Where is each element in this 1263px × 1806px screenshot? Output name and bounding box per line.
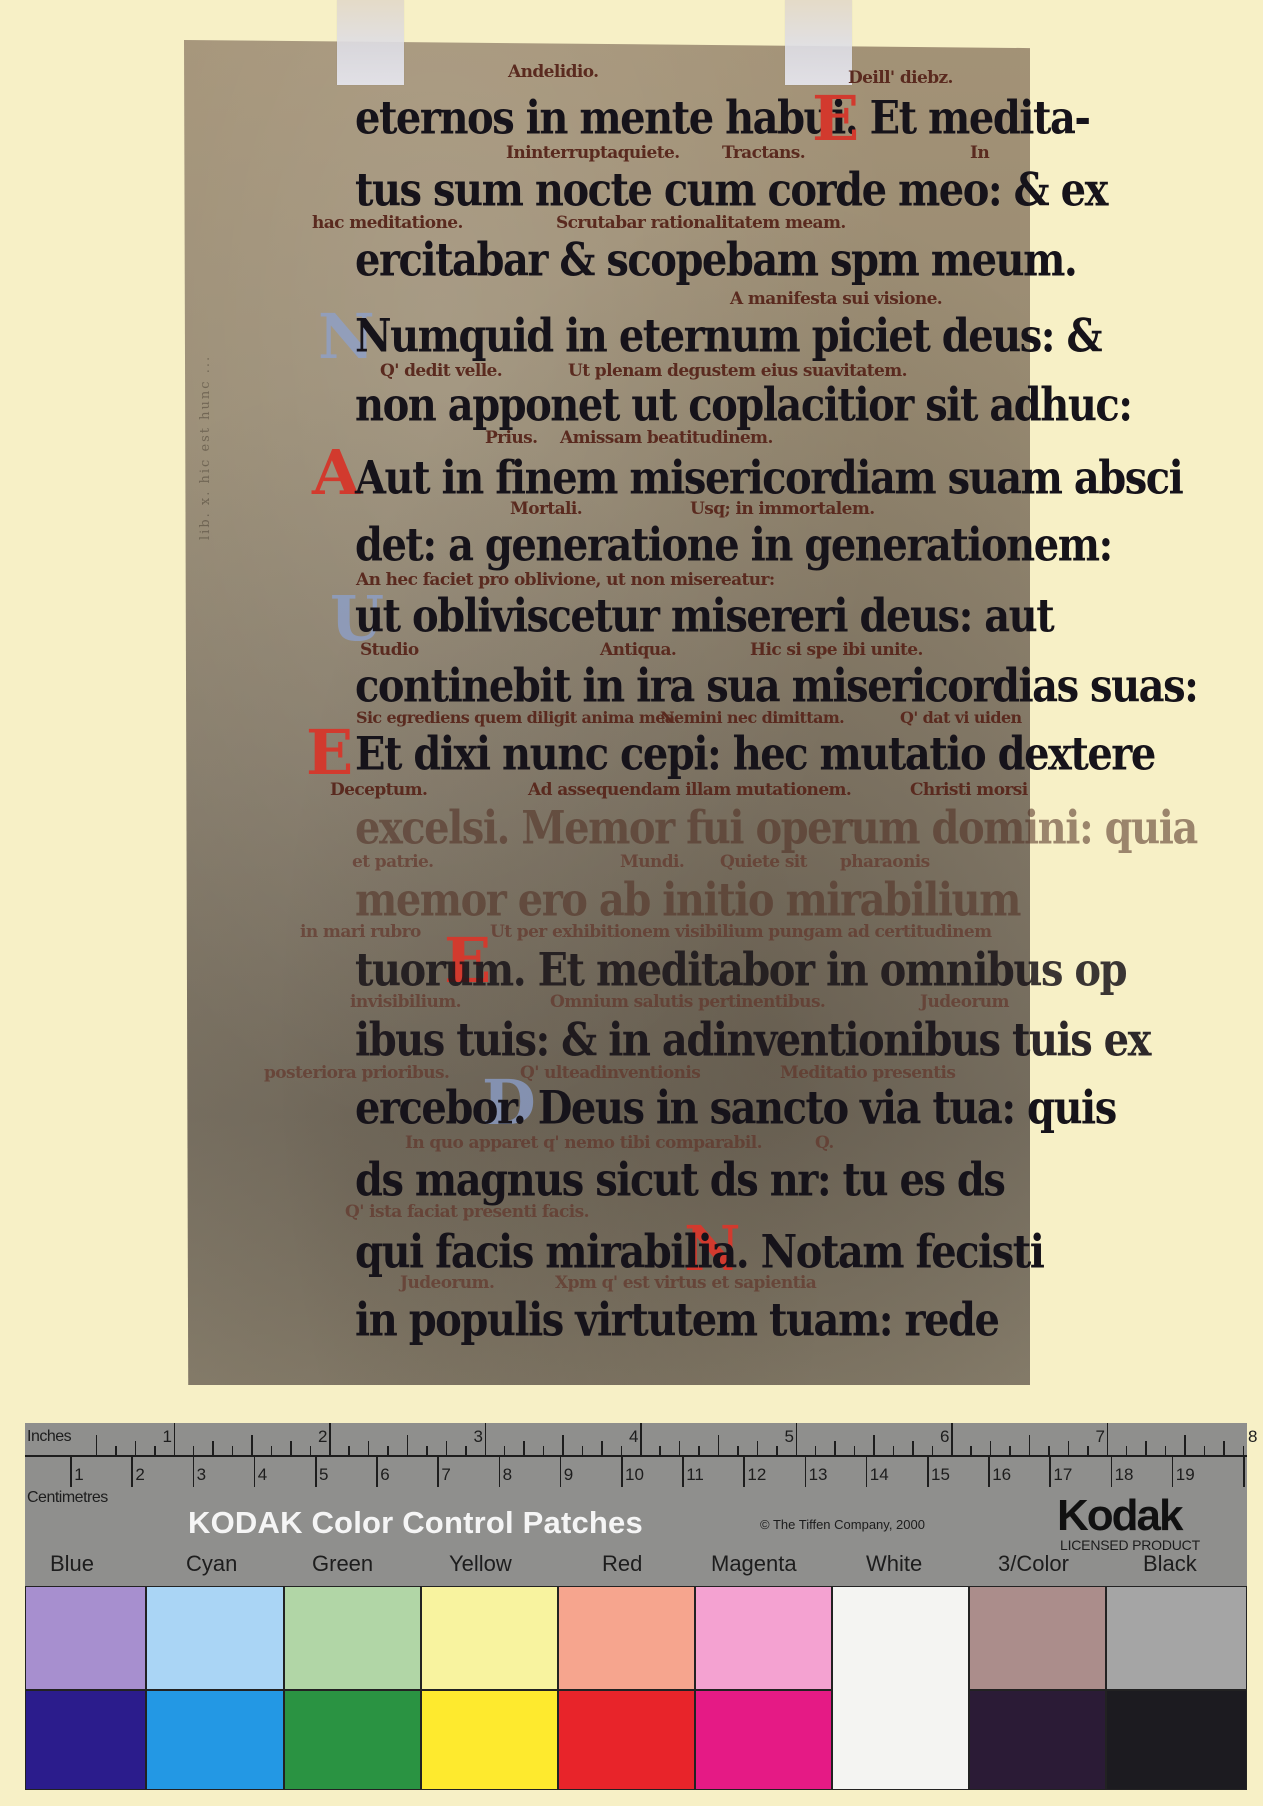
cm-tick xyxy=(254,1457,256,1487)
patch-3-color-light xyxy=(969,1586,1106,1690)
gloss: Judeorum. xyxy=(400,1273,494,1293)
cm-tick xyxy=(131,1457,133,1487)
text-line: Numquid in eternum piciet deus: & xyxy=(355,309,1101,363)
gloss: invisibilium. xyxy=(350,992,461,1012)
inch-tick xyxy=(115,1446,117,1455)
inch-tick xyxy=(679,1441,681,1455)
patch-black-light xyxy=(1106,1586,1247,1690)
inch-tick xyxy=(329,1423,331,1455)
cm-tick xyxy=(70,1457,72,1487)
gloss: Mortali. xyxy=(510,499,582,519)
patch-label-black: Black xyxy=(1143,1551,1197,1577)
inch-tick xyxy=(854,1446,856,1455)
text-line: non apponet ut coplacitior sit adhuc: xyxy=(355,378,1132,432)
cm-mark-label: 10 xyxy=(625,1465,644,1485)
patch-yellow-dark xyxy=(421,1690,558,1790)
cm-mark-label: 3 xyxy=(197,1465,206,1485)
text-line: det: a generatione in generationem: xyxy=(355,518,1112,572)
patch-label-white: White xyxy=(866,1551,922,1577)
inch-tick xyxy=(387,1446,389,1455)
inch-tick xyxy=(1068,1441,1070,1455)
inch-tick xyxy=(1165,1446,1167,1455)
cm-tick xyxy=(499,1457,501,1487)
gloss: Studio xyxy=(360,640,419,660)
inch-mark-label: 1 xyxy=(163,1427,172,1447)
inch-tick xyxy=(582,1446,584,1455)
inch-tick xyxy=(1087,1446,1089,1455)
gloss: pharaonis xyxy=(840,852,930,872)
inch-tick xyxy=(562,1435,564,1455)
inch-tick xyxy=(523,1441,525,1455)
gloss: Andelidio. xyxy=(508,62,598,82)
cm-mark-label: 18 xyxy=(1115,1465,1134,1485)
manuscript-text: Andelidio. Deill' diebz. eternos in ment… xyxy=(0,0,1263,1400)
inch-tick xyxy=(893,1446,895,1455)
centimetres-label: Centimetres xyxy=(27,1489,108,1507)
cm-mark-label: 4 xyxy=(258,1465,267,1485)
cm-mark-label: 9 xyxy=(564,1465,573,1485)
color-patches xyxy=(25,1586,1247,1790)
patch-black-dark xyxy=(1106,1690,1247,1790)
inch-tick xyxy=(232,1446,234,1455)
cm-mark-label: 15 xyxy=(931,1465,950,1485)
inch-tick xyxy=(601,1441,603,1455)
inch-tick xyxy=(271,1446,273,1455)
gloss: In quo apparet q' nemo tibi comparabil. xyxy=(405,1133,762,1153)
inch-tick xyxy=(873,1435,875,1455)
patch-label-magenta: Magenta xyxy=(711,1551,797,1577)
gloss: Scrutabar rationalitatem meam. xyxy=(556,213,846,233)
patch-blue-dark xyxy=(25,1690,146,1790)
cm-tick xyxy=(1172,1457,1174,1487)
inch-tick xyxy=(465,1446,467,1455)
inch-tick xyxy=(154,1446,156,1455)
inch-tick xyxy=(757,1441,759,1455)
inch-tick xyxy=(621,1446,623,1455)
text-line: ibus tuis: & in adinventionibus tuis ex xyxy=(355,1013,1150,1067)
cm-mark-label: 7 xyxy=(441,1465,450,1485)
gloss: Judeorum xyxy=(920,992,1009,1012)
inch-mark-label: 2 xyxy=(318,1427,327,1447)
gloss: Sic egrediens quem diligit anima mea. xyxy=(356,708,680,727)
inch-tick xyxy=(290,1441,292,1455)
inch-tick xyxy=(1243,1446,1245,1455)
inch-tick xyxy=(932,1446,934,1455)
inch-tick xyxy=(1029,1435,1031,1455)
cm-mark-label: 16 xyxy=(992,1465,1011,1485)
gloss: Ad assequendam illam mutationem. xyxy=(528,780,851,800)
gloss: Christi morsi xyxy=(910,780,1028,800)
gloss: Mundi. xyxy=(620,852,684,872)
inch-tick xyxy=(407,1435,409,1455)
cm-mark-label: 14 xyxy=(870,1465,889,1485)
cm-mark-label: 12 xyxy=(747,1465,766,1485)
inch-tick xyxy=(1184,1435,1186,1455)
inch-tick xyxy=(737,1446,739,1455)
cm-mark-label: 5 xyxy=(319,1465,328,1485)
cm-tick xyxy=(1243,1457,1245,1487)
inch-tick xyxy=(310,1446,312,1455)
gloss: in mari rubro xyxy=(300,922,421,942)
gloss: Quiete sit xyxy=(720,852,807,872)
inch-tick xyxy=(96,1435,98,1455)
cm-tick xyxy=(743,1457,745,1487)
text-line: Aut in finem misericordiam suam absci xyxy=(355,451,1182,505)
cm-mark-label: 13 xyxy=(809,1465,828,1485)
cm-mark-label: 11 xyxy=(686,1465,704,1485)
inch-tick xyxy=(718,1435,720,1455)
patch-green-light xyxy=(284,1586,421,1690)
patch-blue-light xyxy=(25,1586,146,1690)
cm-tick xyxy=(988,1457,990,1487)
gloss: Q' dat vi uiden xyxy=(900,708,1022,727)
gloss: et patrie. xyxy=(352,852,434,872)
patch-green-dark xyxy=(284,1690,421,1790)
cm-tick xyxy=(437,1457,439,1487)
gloss: Nemini nec dimittam. xyxy=(660,708,844,727)
text-line: tuorum. Et meditabor in omnibus op xyxy=(355,943,1126,997)
inch-mark-label: 7 xyxy=(1096,1427,1105,1447)
text-line: ercebor. Deus in sancto via tua: quis xyxy=(355,1081,1116,1135)
cm-tick xyxy=(315,1457,317,1487)
inch-tick xyxy=(834,1441,836,1455)
inch-tick xyxy=(135,1441,137,1455)
inch-tick xyxy=(174,1423,176,1455)
inch-tick xyxy=(193,1446,195,1455)
patch-label-green: Green xyxy=(312,1551,373,1577)
gloss: Prius. xyxy=(485,428,537,448)
gloss: A manifesta sui visione. xyxy=(730,289,942,309)
cm-tick xyxy=(1049,1457,1051,1487)
inch-tick xyxy=(912,1441,914,1455)
patch-magenta-light xyxy=(695,1586,832,1690)
cm-tick xyxy=(621,1457,623,1487)
inch-mark-label: 8 xyxy=(1248,1427,1257,1447)
cm-tick xyxy=(1111,1457,1113,1487)
patch-yellow-light xyxy=(421,1586,558,1690)
inch-tick xyxy=(348,1446,350,1455)
gloss: Tractans. xyxy=(722,143,805,163)
inch-tick xyxy=(251,1435,253,1455)
inch-tick xyxy=(1048,1446,1050,1455)
cm-tick xyxy=(682,1457,684,1487)
gloss: Amissam beatitudinem. xyxy=(560,428,773,448)
text-line: Et dixi nunc cepi: hec mutatio dextere xyxy=(355,727,1155,781)
text-line: in populis virtutem tuam: rede xyxy=(355,1293,998,1347)
initial-E-red: E xyxy=(306,722,353,784)
inch-tick xyxy=(1223,1441,1225,1455)
text-line: ercitabar & scopebam spm meum. xyxy=(355,233,1076,287)
cm-tick xyxy=(866,1457,868,1487)
cm-tick xyxy=(193,1457,195,1487)
inch-mark-label: 3 xyxy=(474,1427,483,1447)
inch-tick xyxy=(1145,1441,1147,1455)
patch-label-3color: 3/Color xyxy=(998,1551,1069,1577)
patch-3-color-dark xyxy=(969,1690,1106,1790)
patch-white xyxy=(832,1586,969,1790)
cm-tick xyxy=(805,1457,807,1487)
initial-E-red: E xyxy=(812,88,859,150)
cm-tick xyxy=(376,1457,378,1487)
cm-mark-label: 2 xyxy=(135,1465,144,1485)
text-line: tus sum nocte cum corde meo: & ex xyxy=(355,163,1107,217)
inch-tick xyxy=(1009,1446,1011,1455)
gloss: In xyxy=(970,143,989,163)
inch-tick xyxy=(659,1446,661,1455)
inch-mark-label: 5 xyxy=(785,1427,794,1447)
initial-A-red: A xyxy=(312,442,360,504)
gloss: hac meditatione. xyxy=(312,213,463,233)
gloss: Ininterruptaquiete. xyxy=(506,143,680,163)
patch-red-light xyxy=(558,1586,695,1690)
text-line: qui facis mirabilia. Notam fecisti xyxy=(355,1225,1043,1279)
inches-label: Inches xyxy=(27,1428,71,1446)
cm-mark-label: 1 xyxy=(74,1465,83,1485)
cm-mark-label: 6 xyxy=(380,1465,389,1485)
inch-tick xyxy=(1126,1446,1128,1455)
inch-tick xyxy=(796,1423,798,1455)
gloss: Antiqua. xyxy=(600,640,676,660)
patch-magenta-dark xyxy=(695,1690,832,1790)
inch-tick xyxy=(776,1446,778,1455)
gloss: Deceptum. xyxy=(330,780,427,800)
inch-tick xyxy=(990,1441,992,1455)
cm-tick xyxy=(927,1457,929,1487)
inch-tick xyxy=(815,1446,817,1455)
patch-label-yellow: Yellow xyxy=(449,1551,512,1577)
patch-cyan-dark xyxy=(146,1690,284,1790)
text-line: ut obliviscetur misereri deus: aut xyxy=(355,589,1053,643)
text-line: memor ero ab initio mirabilium xyxy=(355,873,1020,927)
gloss: Xpm q' est virtus et sapientia xyxy=(555,1273,816,1293)
inch-tick xyxy=(426,1446,428,1455)
gloss: An hec faciet pro oblivione, ut non mise… xyxy=(356,570,775,590)
kodak-logo: Kodak xyxy=(1057,1491,1181,1541)
inch-tick xyxy=(698,1446,700,1455)
inch-tick xyxy=(1107,1423,1109,1455)
inch-tick xyxy=(212,1441,214,1455)
patch-label-cyan: Cyan xyxy=(186,1551,237,1577)
text-line: eternos in mente habui. Et medita- xyxy=(355,91,1090,145)
target-title: KODAK Color Control Patches xyxy=(188,1505,643,1541)
kodak-color-target: Inches 12345678 123456789101112131415161… xyxy=(25,1423,1247,1586)
text-line: ds magnus sicut ds nr: tu es ds xyxy=(355,1153,1004,1207)
inch-tick xyxy=(640,1423,642,1455)
inch-tick xyxy=(504,1446,506,1455)
patch-cyan-light xyxy=(146,1586,284,1690)
gloss: Ut per exhibitionem visibilium pungam ad… xyxy=(490,922,992,942)
patch-label-blue: Blue xyxy=(50,1551,94,1577)
inch-mark-label: 6 xyxy=(940,1427,949,1447)
patch-label-red: Red xyxy=(602,1551,642,1577)
inch-tick xyxy=(368,1441,370,1455)
inch-tick xyxy=(485,1423,487,1455)
gloss: Q. xyxy=(815,1133,834,1153)
inch-tick xyxy=(951,1423,953,1455)
gloss: Q' ista faciat presenti facis. xyxy=(345,1202,589,1222)
text-line: excelsi. Memor fui operum domini: quia xyxy=(355,801,1197,855)
cm-mark-label: 17 xyxy=(1053,1465,1072,1485)
gloss: Omnium salutis pertinentibus. xyxy=(550,992,825,1012)
inch-mark-label: 4 xyxy=(629,1427,638,1447)
cm-ruler: 12345678910111213141516171819 xyxy=(25,1457,1247,1487)
gloss: Hic si spe ibi unite. xyxy=(750,640,923,660)
patch-red-dark xyxy=(558,1690,695,1790)
copyright: © The Tiffen Company, 2000 xyxy=(760,1517,925,1532)
gloss: Usq; in immortalem. xyxy=(690,499,875,519)
cm-mark-label: 8 xyxy=(503,1465,512,1485)
inch-tick xyxy=(1204,1446,1206,1455)
text-line: continebit in ira sua misericordias suas… xyxy=(355,659,1197,713)
inch-ruler: Inches 12345678 xyxy=(25,1423,1247,1457)
cm-tick xyxy=(560,1457,562,1487)
cm-mark-label: 19 xyxy=(1176,1465,1195,1485)
inch-tick xyxy=(446,1441,448,1455)
gloss: Deill' diebz. xyxy=(848,68,953,88)
inch-tick xyxy=(970,1446,972,1455)
inch-tick xyxy=(543,1446,545,1455)
